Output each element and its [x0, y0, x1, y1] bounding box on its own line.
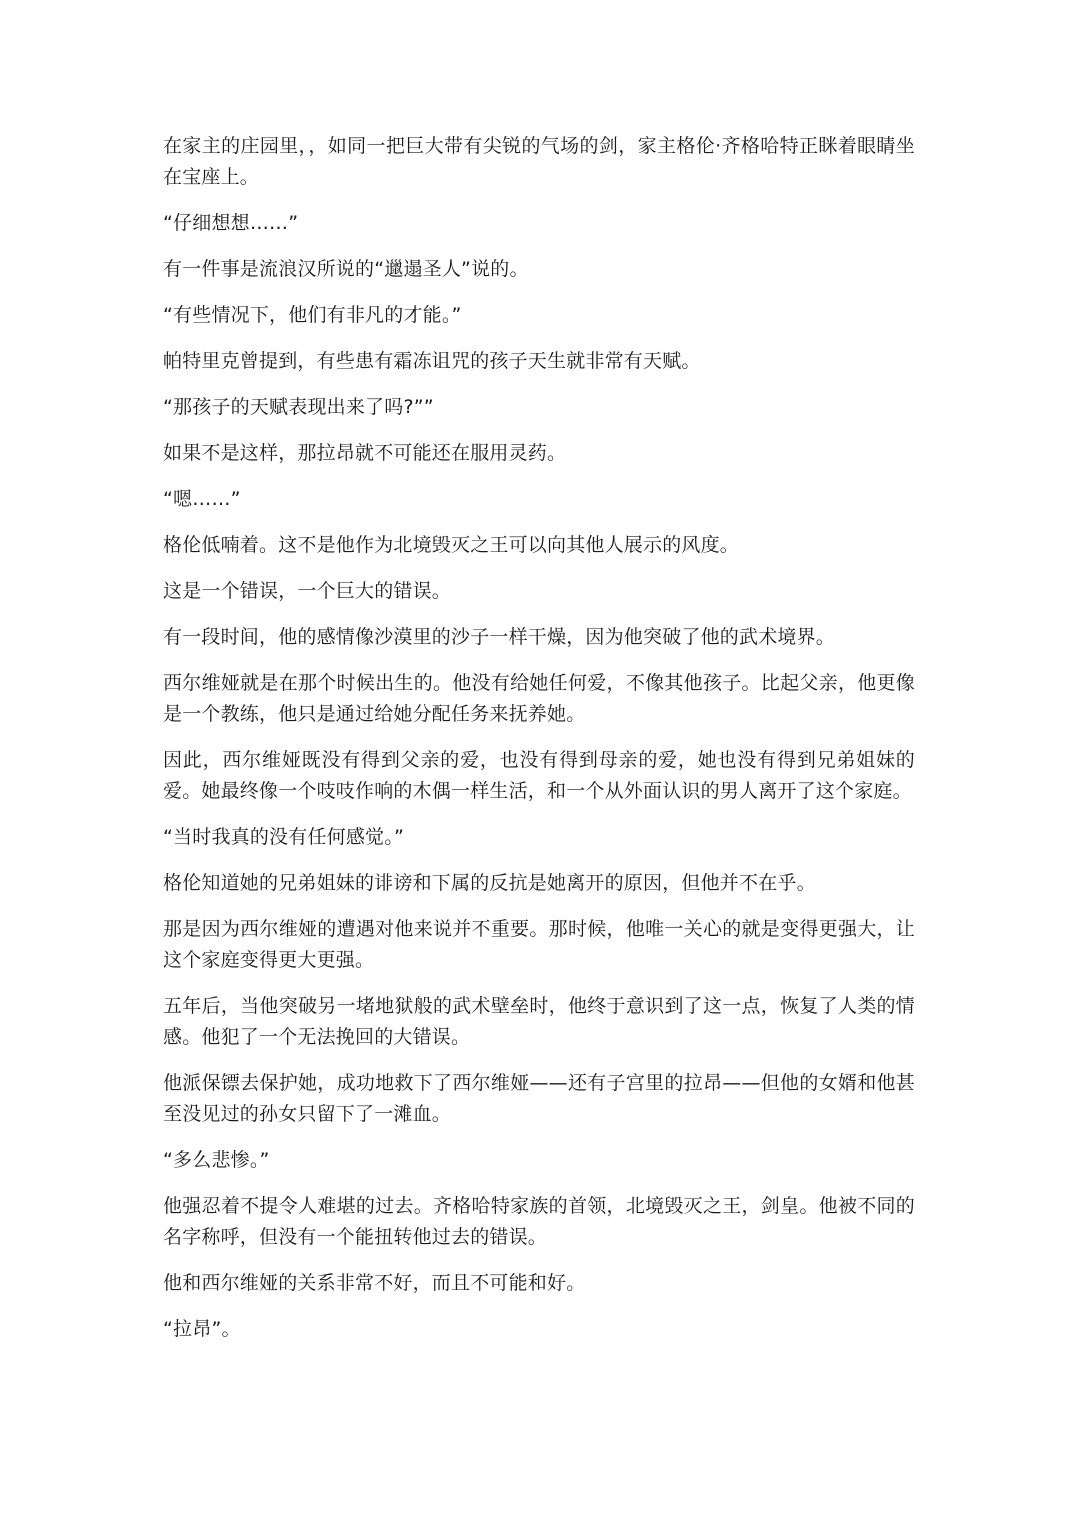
- paragraph: “那孩子的天赋表现出来了吗?””: [163, 392, 915, 423]
- document-page: 在家主的庄园里，，如同一把巨大带有尖锐的气场的剑，家主格伦·齐格哈特正眯着眼睛坐…: [163, 131, 915, 1360]
- paragraph: “多么悲惨。”: [163, 1145, 915, 1176]
- paragraph: 格伦知道她的兄弟姐妹的诽谤和下属的反抗是她离开的原因，但他并不在乎。: [163, 868, 915, 899]
- paragraph: “有些情况下，他们有非凡的才能。”: [163, 300, 915, 331]
- paragraph: 格伦低喃着。这不是他作为北境毁灭之王可以向其他人展示的风度。: [163, 530, 915, 561]
- paragraph: 他派保镖去保护她，成功地救下了西尔维娅——还有子宫里的拉昂——但他的女婿和他甚至…: [163, 1068, 915, 1130]
- paragraph: 帕特里克曾提到，有些患有霜冻诅咒的孩子天生就非常有天赋。: [163, 346, 915, 377]
- paragraph: 西尔维娅就是在那个时候出生的。他没有给她任何爱，不像其他孩子。比起父亲，他更像是…: [163, 668, 915, 730]
- paragraph: 五年后，当他突破另一堵地狱般的武术壁垒时，他终于意识到了这一点，恢复了人类的情感…: [163, 991, 915, 1053]
- paragraph: 如果不是这样，那拉昂就不可能还在服用灵药。: [163, 438, 915, 469]
- paragraph: 有一件事是流浪汉所说的“邋遢圣人”说的。: [163, 254, 915, 285]
- paragraph: 这是一个错误，一个巨大的错误。: [163, 576, 915, 607]
- paragraph: 有一段时间，他的感情像沙漠里的沙子一样干燥，因为他突破了他的武术境界。: [163, 622, 915, 653]
- paragraph: “嗯……”: [163, 484, 915, 515]
- paragraph: 因此，西尔维娅既没有得到父亲的爱，也没有得到母亲的爱，她也没有得到兄弟姐妹的爱。…: [163, 745, 915, 807]
- paragraph: “拉昂”。: [163, 1314, 915, 1345]
- paragraph: 在家主的庄园里，，如同一把巨大带有尖锐的气场的剑，家主格伦·齐格哈特正眯着眼睛坐…: [163, 131, 915, 193]
- paragraph: 他强忍着不提令人难堪的过去。齐格哈特家族的首领，北境毁灭之王，剑皇。他被不同的名…: [163, 1191, 915, 1253]
- paragraph: 那是因为西尔维娅的遭遇对他来说并不重要。那时候，他唯一关心的就是变得更强大，让这…: [163, 914, 915, 976]
- paragraph: “仔细想想……”: [163, 208, 915, 239]
- paragraph: “当时我真的没有任何感觉。”: [163, 822, 915, 853]
- paragraph: 他和西尔维娅的关系非常不好，而且不可能和好。: [163, 1268, 915, 1299]
